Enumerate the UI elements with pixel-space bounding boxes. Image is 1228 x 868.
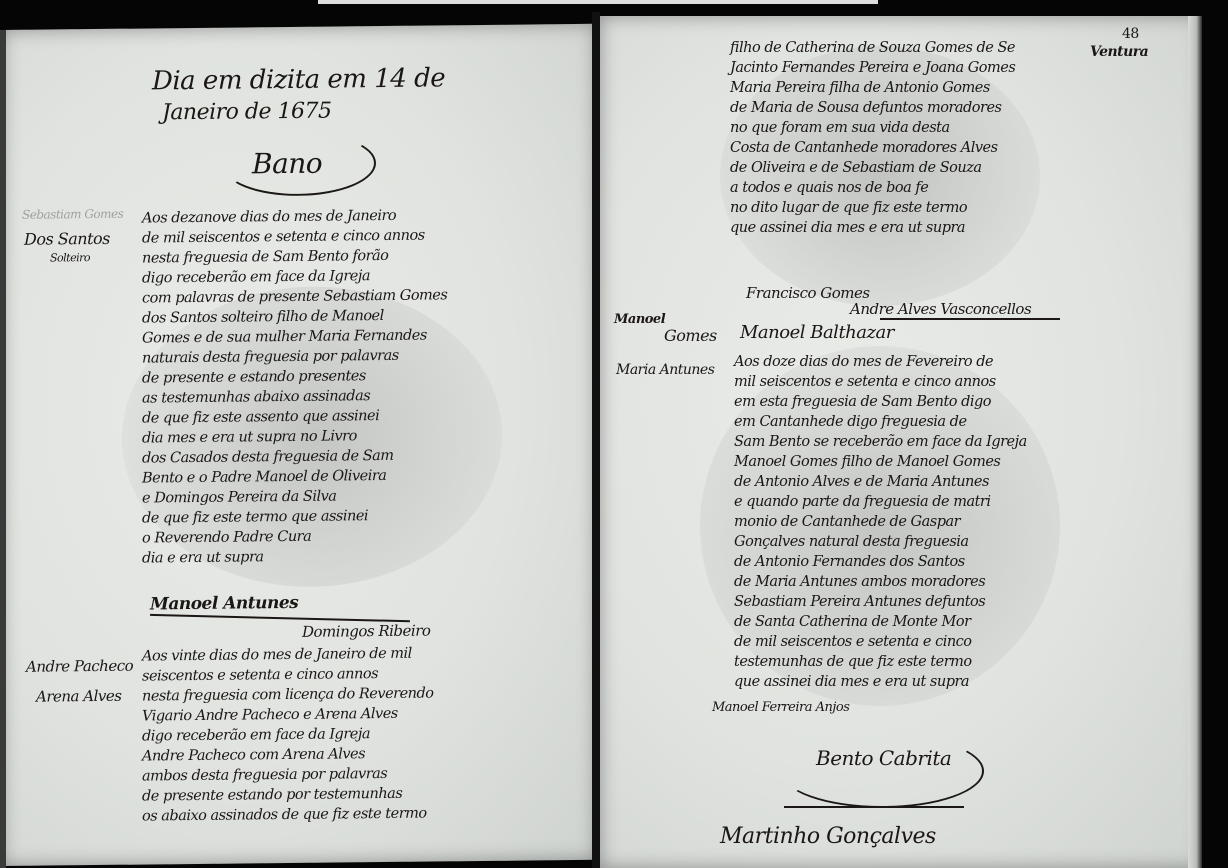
signature-underline — [784, 806, 964, 808]
margin-note-1-line3: Solteiro — [50, 251, 90, 264]
margin-note-2-line1: Andre Pacheco — [26, 657, 133, 676]
text-line: de Maria Antunes ambos moradores — [734, 572, 1064, 592]
text-line: Sebastiam Pereira Antunes defuntos — [734, 592, 1064, 612]
signature-3: Manoel Ferreira Anjos — [712, 700, 849, 715]
signature-underline — [150, 614, 410, 622]
folio-number: 48 — [1122, 26, 1139, 42]
text-line: que assinei dia mes e era ut supra — [730, 218, 1060, 238]
text-line: no dito lugar de que fiz este termo — [730, 198, 1060, 218]
text-line: mil seiscentos e setenta e cinco annos — [734, 372, 1064, 392]
signature-5: Martinho Gonçalves — [720, 824, 936, 849]
text-line: de mil seiscentos e setenta e cinco — [734, 632, 1064, 652]
margin-note-1-line1: Sebastiam Gomes — [22, 207, 123, 222]
text-line: testemunhas de que fiz este termo — [734, 652, 1064, 672]
signature-flourish — [780, 734, 984, 808]
text-line: no que foram em sua vida desta — [730, 118, 1060, 138]
margin-note-line2: Gomes — [664, 326, 717, 345]
entry-2-text: Aos vinte dias do mes de Janeiro de mil … — [142, 642, 542, 826]
heading-flourish — [222, 131, 376, 197]
signature-2: Domingos Ribeiro — [302, 622, 430, 641]
text-line: filho de Catherina de Souza Gomes de Se — [730, 38, 1060, 58]
entry-2-text: Aos doze dias do mes de Fevereiro de mil… — [734, 352, 1064, 692]
text-line: e quando parte da freguesia de matri — [734, 492, 1064, 512]
text-line: os abaixo assinados de que fiz este term… — [142, 802, 542, 826]
signature-2: Andre Alves Vasconcellos — [850, 300, 1031, 318]
text-line: Manoel Gomes filho de Manoel Gomes — [734, 452, 1064, 472]
text-line: de Maria de Sousa defuntos moradores — [730, 98, 1060, 118]
text-line: monio de Cantanhede de Gaspar — [734, 512, 1064, 532]
right-page-edge — [1188, 16, 1202, 868]
book-gutter — [592, 12, 600, 868]
left-page: Dia em dizita em 14 de Janeiro de 1675 B… — [2, 24, 596, 866]
text-line: de Santa Catherina de Monte Mor — [734, 612, 1064, 632]
text-line: Costa de Cantanhede moradores Alves — [730, 138, 1060, 158]
scan-top-strip — [318, 0, 878, 4]
margin-note-line1: Manoel — [614, 312, 665, 327]
text-line: Jacinto Fernandes Pereira e Joana Gomes — [730, 58, 1060, 78]
folio-mark: Ventura — [1090, 44, 1148, 60]
text-line: em esta freguesia de Sam Bento digo — [734, 392, 1064, 412]
text-line: em Cantanhede digo freguesia de — [734, 412, 1064, 432]
entry-2-heading: Manoel Balthazar — [740, 322, 894, 343]
text-line: de Antonio Fernandes dos Santos — [734, 552, 1064, 572]
signature-1: Manoel Antunes — [150, 593, 298, 615]
entry-date-heading-line2: Janeiro de 1675 — [162, 99, 332, 126]
entry-1-text: filho de Catherina de Souza Gomes de Se … — [730, 38, 1060, 238]
text-line: Sam Bento se receberão em face da Igreja — [734, 432, 1064, 452]
text-line: de Antonio Alves e de Maria Antunes — [734, 472, 1064, 492]
right-page: 48 Ventura filho de Catherina de Souza G… — [600, 16, 1202, 868]
text-line: Maria Pereira filha de Antonio Gomes — [730, 78, 1060, 98]
text-line: dia e era ut supra — [142, 544, 542, 568]
text-line: Gonçalves natural desta freguesia — [734, 532, 1064, 552]
entry-1-text: Aos dezanove dias do mes de Janeiro de m… — [142, 204, 542, 568]
text-line: Aos doze dias do mes de Fevereiro de — [734, 352, 1064, 372]
left-page-edge — [0, 30, 6, 868]
text-line: de Oliveira e de Sebastiam de Souza — [730, 158, 1060, 178]
margin-note-2-line2: Arena Alves — [36, 687, 121, 706]
margin-note-line3: Maria Antunes — [616, 362, 714, 378]
text-line: que assinei dia mes e era ut supra — [734, 672, 1064, 692]
entry-date-heading-line1: Dia em dizita em 14 de — [152, 63, 445, 96]
margin-note-1-line2: Dos Santos — [24, 229, 110, 249]
signature-underline — [880, 318, 1060, 320]
text-line: a todos e quais nos de boa fe — [730, 178, 1060, 198]
